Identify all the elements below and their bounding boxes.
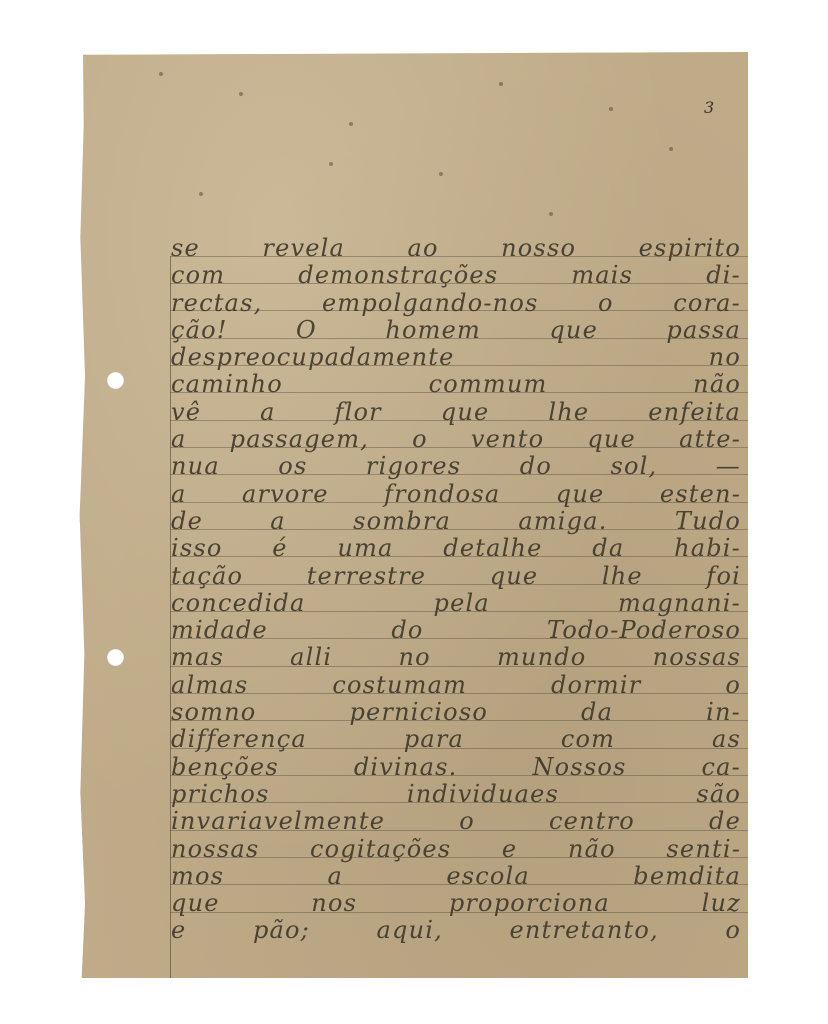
text-line: a arvore frondosa que esten- [171,481,741,508]
handwritten-text: se revela ao nosso espirito com demonstr… [171,235,741,945]
binder-hole-bottom [107,649,124,666]
text-line: isso é uma detalhe da habi- [171,535,741,562]
text-line: caminho commum não [171,371,741,398]
text-line: concedida pela magnani- [171,590,741,617]
text-line: nua os rigores do sol, — [171,453,741,480]
paper-speck [609,107,613,111]
text-line: almas costumam dormir o [171,672,741,699]
text-line: somno pernicioso da in- [171,699,741,726]
paper-speck [329,162,333,166]
text-line: mos a escola bemdita [171,863,741,890]
text-line: ção! O homem que passa [171,317,741,344]
text-line: rectas, empolgando-nos o cora- [171,290,741,317]
text-line: tação terrestre que lhe foi [171,563,741,590]
text-line: despreocupadamente no [171,344,741,371]
text-line: differença para com as [171,726,741,753]
paper-speck [669,147,673,151]
text-line: mas alli no mundo nossas [171,644,741,671]
text-line: que nos proporciona luz [171,890,741,917]
text-line: a passagem, o vento que atte- [171,426,741,453]
text-line: nossas cogitações e não senti- [171,836,741,863]
paper-speck [549,212,553,216]
text-line: invariavelmente o centro de [171,808,741,835]
paper-speck [159,72,163,76]
page-number: 3 [704,98,714,117]
paper-speck [199,192,203,196]
text-line: midade do Todo-Poderoso [171,617,741,644]
text-line: se revela ao nosso espirito [171,235,741,262]
text-line: de a sombra amiga. Tudo [171,508,741,535]
paper-speck [499,82,503,86]
text-line: prichos individuaes são [171,781,741,808]
text-line: benções divinas. Nossos ca- [171,754,741,781]
text-line: vê a flor que lhe enfeita [171,399,741,426]
binder-hole-top [107,372,124,389]
text-line: com demonstrações mais di- [171,262,741,289]
paper-speck [349,122,353,126]
text-line: e pão; aqui, entretanto, o [171,917,741,944]
paper-speck [239,92,243,96]
paper-speck [439,172,443,176]
manuscript-page: 3 se revela ao nosso espirito com demons… [79,52,748,978]
